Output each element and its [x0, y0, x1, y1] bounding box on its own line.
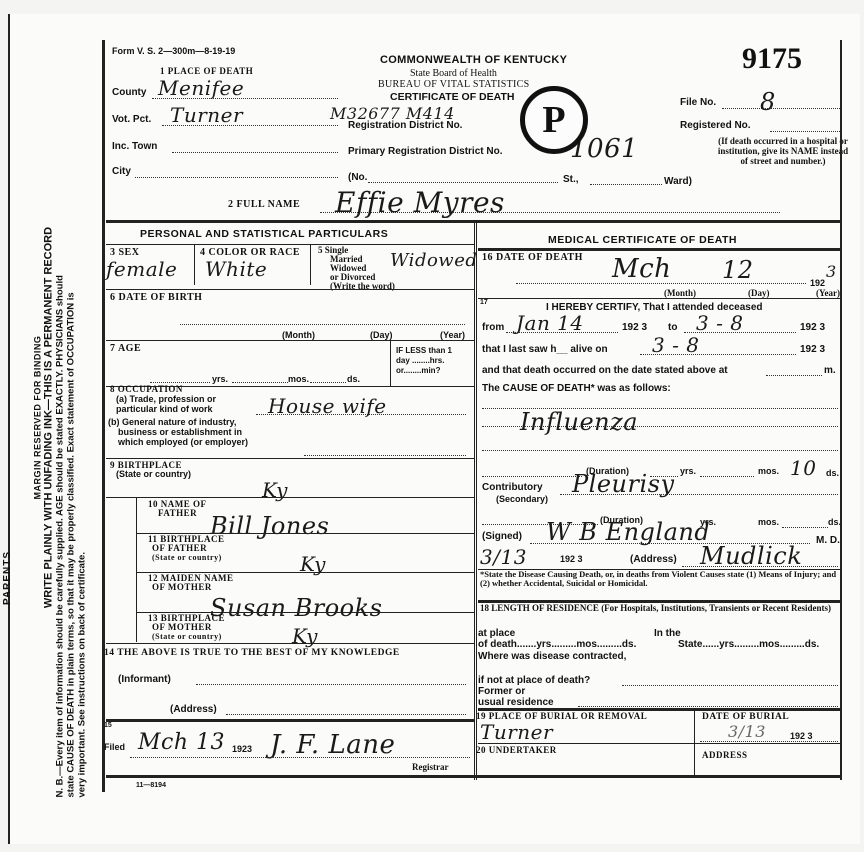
last-saw-value: 3 - 8: [652, 333, 699, 357]
file-no-line: [722, 108, 842, 109]
mother-birthplace-label: 13 BIRTHPLACE OF MOTHER (State or countr…: [148, 614, 225, 641]
dob-label: 6 DATE OF BIRTH: [110, 292, 202, 303]
form-number: Form V. S. 2—300m—8-19-19: [112, 46, 235, 56]
margin-line-4: very important. See instructions on back…: [77, 38, 88, 798]
informant-heading: 14 THE ABOVE IS TRUE TO THE BEST OF MY K…: [104, 648, 400, 658]
signed-value: W B England: [546, 518, 710, 546]
duration-days: 10: [790, 456, 816, 480]
burial-value: Turner: [480, 720, 553, 744]
fb-l3: (State or country): [148, 553, 224, 562]
primary-registration-label: Primary Registration District No.: [348, 146, 502, 157]
rule: [478, 743, 840, 744]
occupation-b3: which employed (or employer): [108, 437, 248, 447]
margin-line-2: N. B.—Every item of information should b…: [55, 38, 66, 798]
at-place-l1: at place: [478, 628, 636, 639]
undertaker-label: 20 UNDERTAKER: [476, 745, 557, 755]
ward-label: Ward): [664, 176, 692, 187]
time-line: [766, 375, 822, 376]
birthplace-value: Ky: [262, 478, 288, 502]
margin-line-3: state CAUSE OF DEATH in plain terms, so …: [66, 38, 77, 798]
death-year-suffix: 3: [826, 262, 837, 281]
death-month: Mch: [612, 254, 671, 284]
institution-note: (If death occurred in a hospital or inst…: [716, 136, 850, 166]
inc-town-line: [172, 152, 338, 153]
father-birthplace-label: 11 BIRTHPLACE OF FATHER (State or countr…: [148, 535, 224, 562]
age-yrs: yrs.: [212, 374, 228, 384]
city-line: [135, 177, 338, 178]
stamp-letter: P: [542, 98, 565, 142]
dob-line: [180, 324, 465, 325]
registered-no-label: Registered No.: [680, 120, 751, 131]
occupation-a: (a) Trade, profession or particular kind…: [116, 394, 216, 414]
medical-heading: MEDICAL CERTIFICATE OF DEATH: [548, 234, 737, 246]
county-value: Menifee: [158, 76, 244, 100]
less-l1: IF LESS than 1: [396, 346, 452, 356]
m-label: m.: [824, 365, 836, 376]
informant-line: [196, 684, 466, 685]
binding-margin: MARGIN RESERVED FOR BINDING WRITE PLAINL…: [10, 30, 100, 810]
duration2-mos: mos.: [758, 517, 779, 527]
vot-pct-label: Vot. Pct.: [112, 114, 151, 125]
at-place: at place of death.......yrs.........mos.…: [478, 628, 636, 650]
dob-day-label: (Day): [370, 330, 393, 340]
rule: [106, 643, 474, 644]
death-day: 12: [722, 256, 754, 284]
certify-number: 17: [480, 299, 488, 306]
former-residence: Former or usual residence: [478, 686, 554, 708]
filed-year: 1923: [232, 744, 252, 754]
less-than-day: IF LESS than 1 day ........hrs. or......…: [396, 346, 452, 376]
occupation-b2: business or establishment in: [108, 427, 248, 437]
occupation-b1: (b) General nature of industry,: [108, 417, 248, 427]
date-of-death-label: 16 DATE OF DEATH: [482, 252, 583, 263]
rule: [478, 248, 840, 251]
dob-year-label: (Year): [440, 330, 465, 340]
address-line: [226, 714, 466, 715]
bureau-title: BUREAU OF VITAL STATISTICS: [378, 79, 530, 90]
sex-value: female: [106, 257, 177, 281]
address-label: (Address): [170, 704, 217, 715]
contracted-l1: Where was disease contracted,: [478, 651, 626, 662]
registered-no-line: [770, 131, 842, 132]
father-name-label: 10 NAME OF FATHER: [148, 500, 207, 518]
full-name-value: Effie Myres: [335, 186, 505, 219]
duration-ds: ds.: [826, 468, 839, 478]
occupation-a1: (a) Trade, profession or: [116, 394, 216, 404]
registrar-signature: J. F. Lane: [270, 730, 395, 760]
year-2: 192 3: [800, 322, 825, 333]
occupation-b: (b) General nature of industry, business…: [108, 417, 248, 447]
rule: [106, 244, 474, 245]
contributory-value: Pleurisy: [572, 470, 675, 498]
burial-date-label: DATE OF BURIAL: [702, 712, 789, 722]
rule: [694, 709, 695, 775]
personal-heading: PERSONAL AND STATISTICAL PARTICULARS: [140, 228, 388, 240]
death-year-prefix: 192: [810, 278, 825, 288]
birthplace-sub: (State or country): [116, 469, 191, 479]
race-value: White: [205, 257, 267, 281]
rule: [106, 497, 474, 498]
duration-line: [482, 476, 582, 477]
mother-maiden-value: Susan Brooks: [210, 594, 382, 622]
street-label: St.,: [563, 174, 579, 185]
at-place-l2: of death.......yrs.........mos.........d…: [478, 639, 636, 650]
burial-date-value: 3/13: [728, 722, 766, 741]
marital-label: 5 Single Married Widowed or Divorced (Wr…: [318, 246, 395, 291]
rule: [194, 245, 195, 285]
marital-value: Widowed: [390, 250, 477, 271]
father-name-value: Bill Jones: [210, 512, 329, 540]
filed-label: Filed: [104, 742, 125, 752]
contracted-line: [622, 685, 838, 686]
cause-footnote: *State the Disease Causing Death, or, in…: [480, 570, 838, 588]
age-ds: ds.: [347, 374, 360, 384]
less-l3: or........min?: [396, 366, 452, 376]
medical-address-label: (Address): [630, 554, 677, 565]
county-label: County: [112, 87, 146, 98]
board-of-health: State Board of Health: [410, 68, 497, 79]
month-label: (Month): [664, 288, 696, 298]
age-line: [150, 382, 210, 383]
mb-l2: OF MOTHER: [148, 623, 225, 632]
rule: [106, 719, 474, 722]
p-stamp: P: [520, 86, 588, 154]
vot-pct-value: Turner: [170, 103, 243, 127]
year-3: 192 3: [800, 344, 825, 355]
occupation-a2: particular kind of work: [116, 404, 216, 414]
occupation-label: 8 OCCUPATION: [110, 384, 183, 394]
rule: [106, 340, 474, 341]
rule: [310, 245, 311, 285]
street-no-label: (No.: [348, 172, 367, 183]
mother-birthplace-value: Ky: [292, 624, 318, 648]
parents-label: PARENTS: [2, 583, 13, 605]
ds2-line: [782, 527, 828, 528]
rule: [106, 775, 840, 778]
day-label: (Day): [748, 288, 770, 298]
undertaker-address-label: ADDRESS: [702, 750, 748, 760]
age-line: [232, 382, 288, 383]
cause-value: Influenza: [520, 408, 638, 436]
dob-month-label: (Month): [282, 330, 315, 340]
md-label: M. D.: [816, 535, 840, 546]
signed-year: 192 3: [560, 554, 583, 564]
cause-heading: The CAUSE OF DEATH* was as follows:: [482, 383, 671, 394]
filed-date: Mch 13: [138, 730, 225, 755]
from-label: from: [482, 322, 504, 333]
cause-line-3: [482, 450, 838, 451]
rule: [390, 341, 391, 386]
occupation-b-line: [304, 455, 466, 456]
last-saw-label: that I last saw h__ alive on: [482, 344, 608, 355]
burial-date-line: [700, 741, 838, 742]
certificate-title: CERTIFICATE OF DEATH: [390, 91, 514, 103]
file-no-value: 8: [760, 88, 776, 116]
less-l2: day ........hrs.: [396, 356, 452, 366]
fb-l2: OF FATHER: [148, 544, 224, 553]
informant-label: (Informant): [118, 674, 171, 685]
street-line: [368, 182, 558, 183]
residence-heading: 18 LENGTH OF RESIDENCE (For Hospitals, I…: [480, 603, 838, 613]
footer-code: 11—8194: [136, 782, 166, 789]
in-the-l1: In the: [654, 628, 819, 639]
duration-mos: mos.: [758, 466, 779, 476]
contracted-l2: if not at place of death?: [478, 675, 590, 686]
age-line: [310, 382, 346, 383]
occurred-text: and that death occurred on the date stat…: [482, 365, 728, 376]
full-name-label: 2 FULL NAME: [228, 199, 300, 210]
signed-label: (Signed): [482, 531, 522, 542]
rule: [106, 289, 474, 290]
former-l1: Former or: [478, 686, 554, 697]
duration-yrs: yrs.: [680, 466, 696, 476]
age-mos: mos.: [288, 374, 309, 384]
former-l2: usual residence: [478, 697, 554, 708]
signed-date: 3/13: [480, 545, 527, 569]
rule: [136, 498, 137, 642]
father-l2: FATHER: [148, 509, 207, 518]
year-1: 192 3: [622, 322, 647, 333]
margin-instructions: MARGIN RESERVED FOR BINDING WRITE PLAINL…: [33, 38, 88, 798]
mos-line: [700, 476, 754, 477]
medical-address-value: Mudlick: [700, 542, 802, 570]
occupation-value: House wife: [268, 394, 387, 418]
column-divider: [474, 222, 477, 780]
rule: [106, 458, 474, 459]
in-the-l2: State......yrs.........mos.........ds.: [678, 639, 819, 650]
right-border: [840, 40, 842, 780]
registration-district-label: Registration District No.: [348, 120, 462, 131]
attended-to: 3 - 8: [696, 311, 743, 335]
city-label: City: [112, 166, 131, 177]
age-label: 7 AGE: [110, 343, 141, 354]
to-label: to: [668, 322, 677, 333]
mm-l2: OF MOTHER: [148, 583, 234, 592]
secondary-label: (Secondary): [496, 494, 548, 504]
filed-line: [130, 757, 470, 758]
ward-line: [590, 184, 662, 185]
inc-town-label: Inc. Town: [112, 141, 157, 152]
mb-l3: (State or country): [148, 632, 225, 641]
place-of-death-heading: 1 PLACE OF DEATH: [160, 66, 253, 76]
year-label: (Year): [816, 288, 840, 298]
in-the-state: In the State......yrs.........mos.......…: [654, 628, 819, 650]
rule: [478, 298, 840, 299]
contributory-label: Contributory: [482, 482, 543, 493]
mother-maiden-label: 12 MAIDEN NAME OF MOTHER: [148, 574, 234, 592]
attended-from: Jan 14: [516, 311, 584, 335]
stamp-number: 9175: [742, 42, 802, 76]
commonwealth-title: COMMONWEALTH OF KENTUCKY: [380, 54, 567, 66]
registrar-label: Registrar: [412, 762, 448, 772]
section-divider: [106, 220, 840, 223]
file-no-label: File No.: [680, 97, 716, 108]
former-line: [578, 706, 838, 707]
filed-number: 15: [104, 722, 112, 729]
margin-line-1: WRITE PLAINLY WITH UNFADING INK—THIS IS …: [44, 38, 55, 798]
burial-year: 192 3: [790, 731, 813, 741]
